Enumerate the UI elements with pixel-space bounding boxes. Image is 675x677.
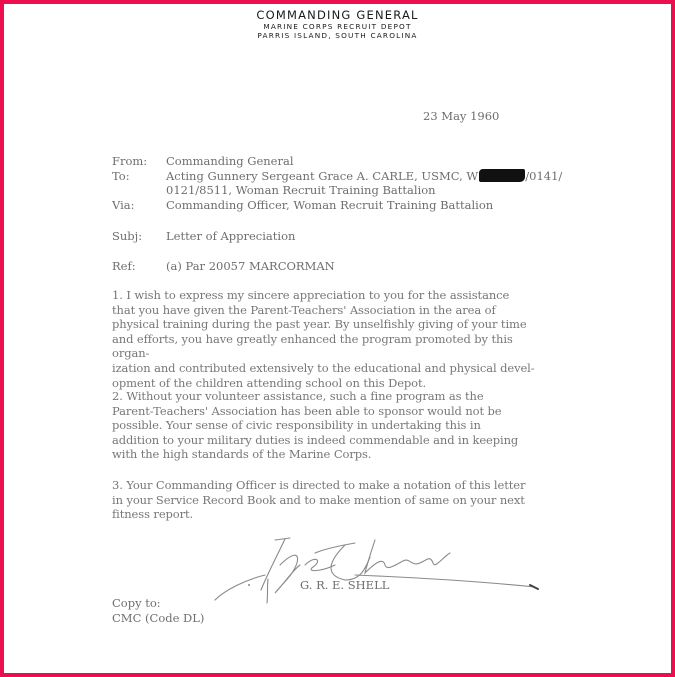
subject-label: Subj: <box>112 229 142 243</box>
reference-label: Ref: <box>112 259 136 273</box>
to-value-line1: Acting Gunnery Sergeant Grace A. CARLE, … <box>166 169 562 183</box>
via-value: Commanding Officer, Woman Recruit Traini… <box>166 198 493 212</box>
letterhead-title: COMMANDING GENERAL <box>0 9 675 22</box>
to-value-before: Acting Gunnery Sergeant Grace A. CARLE, … <box>166 169 478 183</box>
letter-date: 23 May 1960 <box>423 109 499 123</box>
via-label: Via: <box>112 198 135 212</box>
to-label: To: <box>112 169 130 183</box>
copy-to-label: Copy to: <box>112 596 161 610</box>
paragraph-3: 3. Your Commanding Officer is directed t… <box>112 478 552 522</box>
paragraph-1: 1. I wish to express my sincere apprecia… <box>112 288 552 390</box>
reference-value: (a) Par 20057 MARCORMAN <box>166 259 335 273</box>
subject-value: Letter of Appreciation <box>166 229 295 243</box>
letterhead-line2: MARINE CORPS RECRUIT DEPOT <box>0 22 675 31</box>
letterhead-line3: PARRIS ISLAND, SOUTH CAROLINA <box>0 31 675 40</box>
redaction-mark <box>479 169 525 182</box>
from-label: From: <box>112 154 147 168</box>
handwritten-signature <box>205 535 555 605</box>
from-value: Commanding General <box>166 154 294 168</box>
copy-to-value: CMC (Code DL) <box>112 611 204 625</box>
to-value-line2: 0121/8511, Woman Recruit Training Battal… <box>166 183 436 197</box>
to-value-after: /0141/ <box>525 169 562 183</box>
paragraph-2: 2. Without your volunteer assistance, su… <box>112 389 552 462</box>
signer-name: G. R. E. SHELL <box>300 578 389 592</box>
letterhead: COMMANDING GENERAL MARINE CORPS RECRUIT … <box>0 9 675 40</box>
